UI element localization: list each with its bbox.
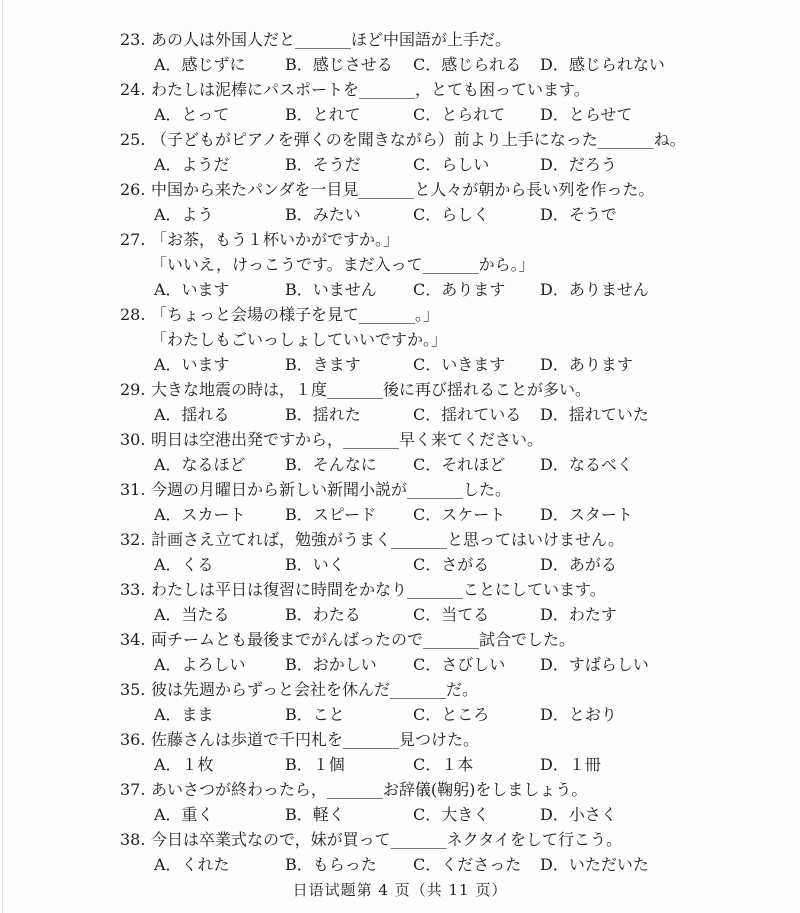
option-C: C．さびしい [413,652,540,677]
option-B: B．きます [285,352,413,377]
question-number [120,327,151,352]
question-text: 中国から来たパンダを一目見_______と人々が朝から長い列を作った。 [151,177,654,202]
question-number: 28. [120,302,151,327]
option-C: C．あります [413,277,540,302]
option-D: D．とおり [540,702,617,727]
question-number [120,252,151,277]
question-line: 35.彼は先週からずっと会社を休んだ_______だ。 [0,677,800,702]
option-D: D．スタート [540,502,633,527]
option-A: A．スカート [154,502,285,527]
option-A: A．なるほど [154,452,285,477]
question-number: 27. [120,227,151,252]
question-item: 35.彼は先週からずっと会社を休んだ_______だ。A．ままB．ことC．ところ… [0,677,800,727]
option-C: C．とられて [413,102,540,127]
options-row: A．ままB．ことC．ところD．とおり [154,702,800,727]
question-text: あいさつが終わったら，_______お辞儀(鞠躬)をしましょう。 [151,777,587,802]
option-D: D．とらせて [540,102,632,127]
options-row: A．よろしいB．おかしいC．さびしいD．すばらしい [154,652,800,677]
scan-edge-line [2,0,3,913]
question-number: 32. [120,527,151,552]
option-A: A．１枚 [154,752,285,777]
option-B: B．そうだ [285,152,413,177]
option-C: C．揺れている [413,402,540,427]
question-line: 28.「ちょっと会場の様子を見て_______。」 [0,302,800,327]
question-list: 23.あの人は外国人だと_______ほど中国語が上手だ。A．感じずにB．感じさ… [0,0,800,877]
question-text: わたしは平日は復習に時間をかなり_______ことにしています。 [151,577,606,602]
question-line: 37.あいさつが終わったら，_______お辞儀(鞠躬)をしましょう。 [0,777,800,802]
option-B: B．軽く [285,802,413,827]
options-row: A．揺れるB．揺れたC．揺れているD．揺れていた [154,402,800,427]
question-number: 33. [120,577,151,602]
option-D: D．揺れていた [540,402,649,427]
option-A: A．まま [154,702,285,727]
question-line: 25.（子どもがピアノを弾くのを聞きながら）前より上手になった_______ね。 [0,127,800,152]
option-D: D．すばらしい [540,652,649,677]
option-B: B．そんなに [285,452,413,477]
question-number: 37. [120,777,151,802]
question-text: 計画さえ立てれば，勉強がうまく_______と思ってはいけません。 [151,527,624,552]
option-D: D．１冊 [540,752,601,777]
question-item: 27.「お茶，もう１杯いかがですか。」「いいえ，けっこうです。まだ入って____… [0,227,800,302]
options-row: A．いますB．いませんC．ありますD．ありません [154,277,800,302]
question-item: 33.わたしは平日は復習に時間をかなり_______ことにしています。A．当たる… [0,577,800,627]
question-item: 34.両チームとも最後までがんばったので_______試合でした。A．よろしいB… [0,627,800,677]
options-row: A．当たるB．わたるC．当てるD．わたす [154,602,800,627]
question-text: 「わたしもごいっしょしていいですか。」 [151,327,447,352]
question-text: 佐藤さんは歩道で千円札を_______見つけた。 [151,727,479,752]
question-number: 34. [120,627,151,652]
option-C: C．当てる [413,602,540,627]
question-line: 38.今日は卒業式なので，妹が買って_______ネクタイをして行こう。 [0,827,800,852]
question-line: 31.今週の月曜日から新しい新聞小説が_______した。 [0,477,800,502]
option-B: B．こと [285,702,413,727]
option-B: B．おかしい [285,652,413,677]
option-A: A．います [154,277,285,302]
question-line: 23.あの人は外国人だと_______ほど中国語が上手だ。 [0,27,800,52]
option-A: A．重く [154,802,285,827]
option-D: D．ありません [540,277,649,302]
question-line: 「いいえ，けっこうです。まだ入って_______から。」 [0,252,800,277]
option-D: D．なるべく [540,452,633,477]
option-D: D．感じられない [540,52,665,77]
page-footer: 日语试题第 4 页（共 11 页） [0,879,800,900]
option-A: A．くれた [154,852,285,877]
option-B: B．揺れた [285,402,413,427]
question-line: 36.佐藤さんは歩道で千円札を_______見つけた。 [0,727,800,752]
options-row: A．なるほどB．そんなにC．それほどD．なるべく [154,452,800,477]
option-A: A．います [154,352,285,377]
question-number: 35. [120,677,151,702]
option-A: A．よう [154,202,285,227]
option-A: A．揺れる [154,402,285,427]
option-C: C．スケート [413,502,540,527]
question-item: 30.明日は空港出発ですから，_______早く来てください。A．なるほどB．そ… [0,427,800,477]
option-A: A．感じずに [154,52,285,77]
question-item: 36.佐藤さんは歩道で千円札を_______見つけた。A．１枚B．１個C．１本D… [0,727,800,777]
question-item: 28.「ちょっと会場の様子を見て_______。」「わたしもごいっしょしていいで… [0,302,800,377]
exam-page: 23.あの人は外国人だと_______ほど中国語が上手だ。A．感じずにB．感じさ… [0,0,800,913]
option-D: D．わたす [540,602,617,627]
option-D: D．だろう [540,152,617,177]
option-B: B．とれて [285,102,413,127]
option-C: C．いきます [413,352,540,377]
question-line: 26.中国から来たパンダを一目見_______と人々が朝から長い列を作った。 [0,177,800,202]
option-C: C．らしく [413,202,540,227]
option-D: D．あがる [540,552,617,577]
options-row: A．とってB．とれてC．とられてD．とらせて [154,102,800,127]
question-text: 明日は空港出発ですから，_______早く来てください。 [151,427,543,452]
option-D: D．そうで [540,202,617,227]
option-A: A．くる [154,552,285,577]
options-row: A．重くB．軽くC．大きくD．小さく [154,802,800,827]
question-text: 大きな地震の時は，１度_______後に再び揺れることが多い。 [151,377,591,402]
option-B: B．いません [285,277,413,302]
options-row: A．ようB．みたいC．らしくD．そうで [154,202,800,227]
option-B: B．もらった [285,852,413,877]
question-number: 24. [120,77,151,102]
question-line: 27.「お茶，もう１杯いかがですか。」 [0,227,800,252]
option-D: D．いただいた [540,852,649,877]
option-A: A．よろしい [154,652,285,677]
question-number: 23. [120,27,151,52]
option-B: B．スピード [285,502,413,527]
option-D: D．小さく [540,802,617,827]
question-number: 30. [120,427,151,452]
option-B: B．１個 [285,752,413,777]
question-text: （子どもがピアノを弾くのを聞きながら）前より上手になった_______ね。 [151,127,686,152]
option-B: B．いく [285,552,413,577]
question-item: 25.（子どもがピアノを弾くのを聞きながら）前より上手になった_______ね。… [0,127,800,177]
question-text: 「お茶，もう１杯いかがですか。」 [151,227,399,252]
option-B: B．わたる [285,602,413,627]
question-line: 30.明日は空港出発ですから，_______早く来てください。 [0,427,800,452]
question-line: 29.大きな地震の時は，１度_______後に再び揺れることが多い。 [0,377,800,402]
options-row: A．感じずにB．感じさせるC．感じられるD．感じられない [154,52,800,77]
question-item: 37.あいさつが終わったら，_______お辞儀(鞠躬)をしましょう。A．重くB… [0,777,800,827]
option-C: C．大きく [413,802,540,827]
question-line: 24.わたしは泥棒にパスポートを_______，とても困っています。 [0,77,800,102]
question-number: 26. [120,177,151,202]
question-number: 25. [120,127,151,152]
question-text: あの人は外国人だと_______ほど中国語が上手だ。 [151,27,511,52]
question-item: 26.中国から来たパンダを一目見_______と人々が朝から長い列を作った。A．… [0,177,800,227]
question-text: 両チームとも最後までがんばったので_______試合でした。 [151,627,575,652]
question-text: 今日は卒業式なので，妹が買って_______ネクタイをして行こう。 [151,827,622,852]
question-item: 23.あの人は外国人だと_______ほど中国語が上手だ。A．感じずにB．感じさ… [0,27,800,77]
question-line: 「わたしもごいっしょしていいですか。」 [0,327,800,352]
option-C: C．感じられる [413,52,540,77]
question-text: 「ちょっと会場の様子を見て_______。」 [151,302,439,327]
option-C: C．それほど [413,452,540,477]
question-number: 31. [120,477,151,502]
options-row: A．１枚B．１個C．１本D．１冊 [154,752,800,777]
question-number: 36. [120,727,151,752]
question-line: 34.両チームとも最後までがんばったので_______試合でした。 [0,627,800,652]
option-C: C．くださった [413,852,540,877]
question-item: 31.今週の月曜日から新しい新聞小説が_______した。A．スカートB．スピー… [0,477,800,527]
option-B: B．感じさせる [285,52,413,77]
option-A: A．当たる [154,602,285,627]
question-number: 38. [120,827,151,852]
options-row: A．いますB．きますC．いきますD．あります [154,352,800,377]
option-A: A．とって [154,102,285,127]
option-C: C．さがる [413,552,540,577]
question-item: 32.計画さえ立てれば，勉強がうまく_______と思ってはいけません。A．くる… [0,527,800,577]
options-row: A．くるB．いくC．さがるD．あがる [154,552,800,577]
question-line: 33.わたしは平日は復習に時間をかなり_______ことにしています。 [0,577,800,602]
option-C: C．１本 [413,752,540,777]
question-item: 24.わたしは泥棒にパスポートを_______，とても困っています。A．とってB… [0,77,800,127]
option-D: D．あります [540,352,633,377]
options-row: A．スカートB．スピードC．スケートD．スタート [154,502,800,527]
question-item: 38.今日は卒業式なので，妹が買って_______ネクタイをして行こう。A．くれ… [0,827,800,877]
options-row: A．ようだB．そうだC．らしいD．だろう [154,152,800,177]
question-text: わたしは泥棒にパスポートを_______，とても困っています。 [151,77,590,102]
options-row: A．くれたB．もらったC．くださったD．いただいた [154,852,800,877]
question-line: 32.計画さえ立てれば，勉強がうまく_______と思ってはいけません。 [0,527,800,552]
option-C: C．ところ [413,702,540,727]
option-A: A．ようだ [154,152,285,177]
question-number: 29. [120,377,151,402]
question-text: 「いいえ，けっこうです。まだ入って_______から。」 [151,252,535,277]
question-text: 彼は先週からずっと会社を休んだ_______だ。 [151,677,478,702]
question-text: 今週の月曜日から新しい新聞小説が_______した。 [151,477,511,502]
option-B: B．みたい [285,202,413,227]
option-C: C．らしい [413,152,540,177]
question-item: 29.大きな地震の時は，１度_______後に再び揺れることが多い。A．揺れるB… [0,377,800,427]
